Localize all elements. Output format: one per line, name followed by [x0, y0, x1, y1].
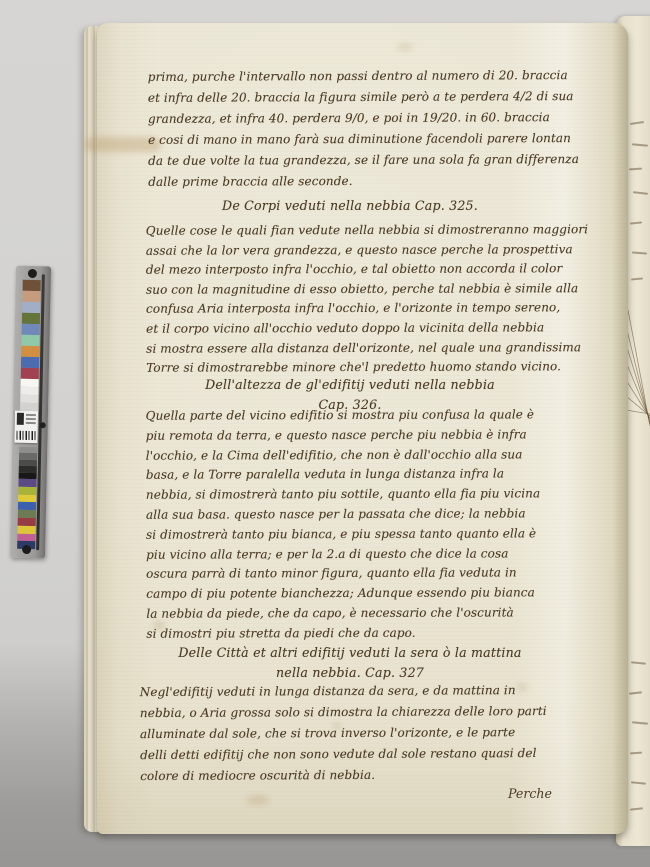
gray-ramp-dark: [19, 447, 38, 479]
color-patches-bottom: [17, 479, 36, 550]
text-line: si dimostrerà tanto piu bianca, e piu sp…: [146, 524, 558, 545]
text-line: piu vicino alla terra; e per la 2.a di q…: [146, 544, 558, 565]
color-calibration-strip: [10, 266, 51, 559]
text-line: del mezo interposto infra l'occhio, e ta…: [146, 259, 558, 280]
text-line: grandezza, et infra 40. perdera 9/0, e p…: [148, 107, 558, 130]
paragraph-continuation: prima, purche l'intervallo non passi den…: [148, 65, 559, 193]
photo-stage: prima, purche l'intervallo non passi den…: [0, 0, 650, 867]
color-patch: [22, 291, 40, 302]
gray-ramp-light: [20, 379, 39, 411]
paper-stain: [397, 43, 413, 51]
text-line: basa, e la Torre paralella veduta in lun…: [146, 465, 558, 486]
color-patch: [21, 357, 39, 368]
chapter-327-text: Negl'edifitij veduti in lunga distanza d…: [140, 680, 559, 787]
ink-fragment: [631, 277, 643, 280]
chapter-heading-327: Delle Città et altri edifitij veduti la …: [140, 643, 560, 683]
text-line: campo di piu potente bianchezza; Adunque…: [146, 583, 558, 604]
barcode-icon: [16, 431, 35, 440]
ink-fragment: [629, 168, 642, 170]
color-patch: [21, 335, 39, 346]
ink-fragment: [632, 143, 648, 146]
text-line: e cosi di mano in mano farà sua diminuti…: [148, 128, 558, 151]
color-patch: [21, 346, 39, 357]
ink-fragment: [630, 121, 644, 125]
ink-fragment: [632, 721, 648, 724]
chapter-heading-325: De Corpi veduti nella nebbia Cap. 325.: [140, 196, 560, 216]
label-line: [26, 418, 36, 420]
text-line: colore di mediocre oscurità di nebbia.: [140, 764, 558, 787]
text-line: nebbia, si dimostrerà tanto piu sottile,…: [146, 484, 558, 505]
text-line: Negl'edifitij veduti in lunga distanza d…: [140, 680, 558, 703]
chapter-326-text: Quella parte del vicino edifitio si most…: [146, 405, 559, 644]
ink-fragment: [630, 221, 642, 224]
strip-screw-top: [28, 269, 37, 278]
color-patch: [22, 313, 40, 324]
text-line: Quella parte del vicino edifitio si most…: [146, 405, 558, 426]
text-line: alla sua basa. questo nasce per la passa…: [146, 504, 558, 525]
text-line: De Corpi veduti nella nebbia Cap. 325.: [140, 196, 560, 216]
ink-fragment: [632, 251, 647, 254]
chapter-325-text: Quelle cose le quali fian vedute nella n…: [146, 220, 559, 378]
perspective-diagram-fragment: [626, 308, 650, 428]
barcode-label: [14, 411, 38, 443]
ink-fragment: [633, 191, 648, 194]
text-line: nebbia, o Aria grossa solo si dimostra l…: [140, 701, 558, 724]
text-line: si dimostri piu stretta da piedi che da …: [146, 623, 558, 644]
color-patches-top: [21, 280, 41, 379]
text-line: delli detti edifitij che non sono vedute…: [140, 743, 558, 766]
strip-dot: [40, 422, 46, 428]
ink-fragment: [629, 691, 642, 694]
ink-fragment: [631, 781, 646, 784]
text-line: alluminate dal sole, che si trova invers…: [140, 722, 558, 745]
ink-fragment: [631, 661, 646, 664]
label-block: [17, 413, 24, 425]
text-line: assai che la lor vera grandezza, e quest…: [146, 240, 558, 261]
text-line: Quelle cose le quali fian vedute nella n…: [146, 220, 558, 241]
text-line: suo con la magnitudine di esso obietto, …: [146, 279, 558, 300]
text-line: piu remota da terra, e questo nasce perc…: [146, 425, 558, 446]
color-patch: [22, 302, 40, 313]
text-line: prima, purche l'intervallo non passi den…: [148, 65, 558, 88]
label-line: [26, 414, 36, 416]
color-patch: [21, 368, 39, 379]
text-line: confusa Aria interposta infra l'occhio, …: [146, 299, 558, 320]
catchword: Perche: [452, 786, 552, 801]
text-line: et il corpo vicino all'occhio veduto dop…: [146, 318, 558, 339]
text-line: Delle Città et altri edifitij veduti la …: [140, 643, 560, 663]
text-line: et infra delle 20. braccia la figura sim…: [148, 86, 558, 109]
text-line: oscura parrà di tanto minor figura, quan…: [146, 564, 558, 585]
strip-screw-bottom: [22, 545, 31, 554]
color-patch: [23, 280, 41, 291]
label-line: [26, 422, 36, 424]
text-line: da te due volte la tua grandezza, se il …: [148, 149, 558, 172]
text-line: l'occhio, e la Cima dell'edifitio, che n…: [146, 445, 558, 466]
text-line: si mostra essere alla distanza dell'oriz…: [146, 338, 558, 359]
text-line: dalle prime braccia alle seconde.: [148, 170, 558, 193]
ink-fragment: [630, 752, 642, 754]
color-patch: [22, 324, 40, 335]
paper-stain: [247, 795, 269, 805]
ink-fragment: [630, 807, 643, 810]
text-line: Dell'altezza de gl'edifitij veduti nella…: [140, 375, 560, 395]
text-line: la nebbia da piede, che da capo, è neces…: [146, 603, 558, 624]
